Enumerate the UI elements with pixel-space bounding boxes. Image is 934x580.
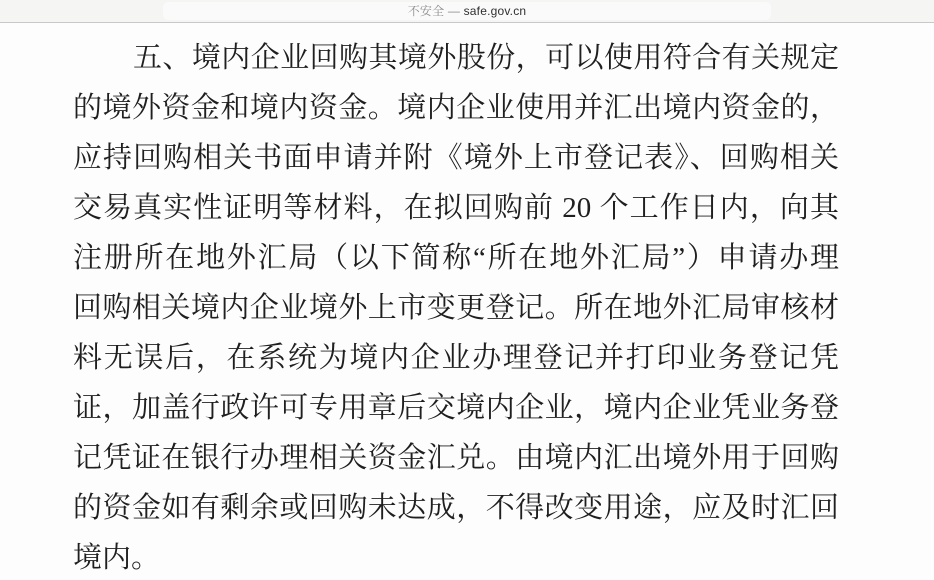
text-line: 境内。 bbox=[73, 533, 839, 580]
address-bar-text: 不安全 — safe.gov.cn bbox=[0, 0, 934, 22]
browser-title-bar: 不安全 — safe.gov.cn bbox=[0, 0, 934, 23]
text-line: 五、境内企业回购其境外股份，可以使用符合有关规定 bbox=[73, 33, 839, 83]
text-line: 应持回购相关书面申请并附《境外上市登记表》、回购相关 bbox=[73, 133, 839, 183]
text-line: 注册所在地外汇局（以下简称“所在地外汇局”）申请办理 bbox=[73, 233, 839, 283]
text-line: 的境外资金和境内资金。境内企业使用并汇出境内资金的， bbox=[73, 83, 839, 133]
site-domain: safe.gov.cn bbox=[464, 4, 527, 18]
text-line: 的资金如有剩余或回购未达成，不得改变用途，应及时汇回 bbox=[73, 483, 839, 533]
security-status-label: 不安全 bbox=[408, 4, 445, 18]
text-line: 交易真实性证明等材料，在拟回购前 20 个工作日内，向其 bbox=[73, 183, 839, 233]
text-line: 证，加盖行政许可专用章后交境内企业，境内企业凭业务登 bbox=[73, 383, 839, 433]
browser-window: { "browser_bar": { "security_label": "不安… bbox=[0, 0, 934, 580]
article-text: 五、境内企业回购其境外股份，可以使用符合有关规定 的境外资金和境内资金。境内企业… bbox=[73, 33, 839, 580]
text-line: 料无误后，在系统为境内企业办理登记并打印业务登记凭 bbox=[73, 333, 839, 383]
text-line: 回购相关境内企业境外上市变更登记。所在地外汇局审核材 bbox=[73, 283, 839, 333]
document-page: 五、境内企业回购其境外股份，可以使用符合有关规定 的境外资金和境内资金。境内企业… bbox=[0, 23, 934, 580]
title-separator: — bbox=[444, 4, 463, 18]
text-line: 记凭证在银行办理相关资金汇兑。由境内汇出境外用于回购 bbox=[73, 433, 839, 483]
